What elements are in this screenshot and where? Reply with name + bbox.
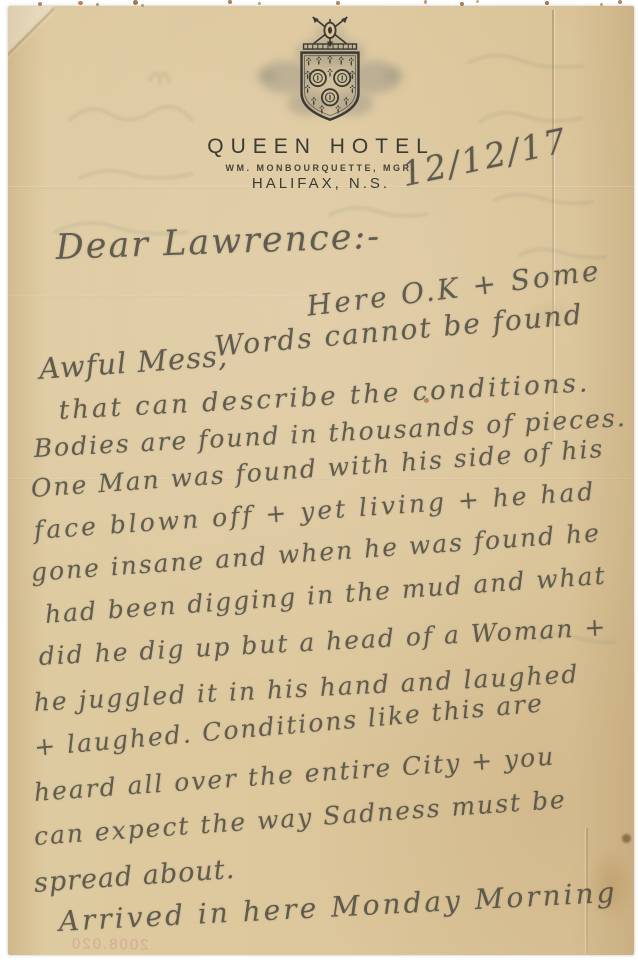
- foxing-spot: [476, 0, 479, 3]
- foxing-spot: [618, 0, 622, 4]
- foxing-spot: [141, 4, 144, 7]
- foxing-spot: [545, 1, 549, 5]
- foxing-spot: [336, 1, 340, 5]
- accession-number-mirrored: 2008.020: [70, 935, 149, 953]
- foxing-spot: [133, 0, 138, 5]
- foxing-spot: [258, 2, 261, 5]
- paper-stain: [622, 834, 631, 843]
- fold-crease: [8, 295, 308, 297]
- foxing-spot: [600, 3, 603, 6]
- foxing-spot: [38, 2, 42, 6]
- folded-corner: [8, 6, 54, 60]
- foxing-spot: [228, 0, 232, 4]
- city-line: HALIFAX, N.S.: [8, 175, 634, 192]
- scanned-letter: QUEEN HOTEL WM. MONBOURQUETTE, MGR. HALI…: [0, 0, 638, 976]
- foxing-spot: [96, 3, 99, 6]
- foxing-spot: [424, 0, 427, 4]
- foxing-spot: [78, 1, 83, 5]
- hotel-crest-icon: [248, 14, 412, 138]
- foxing-spot: [460, 2, 464, 6]
